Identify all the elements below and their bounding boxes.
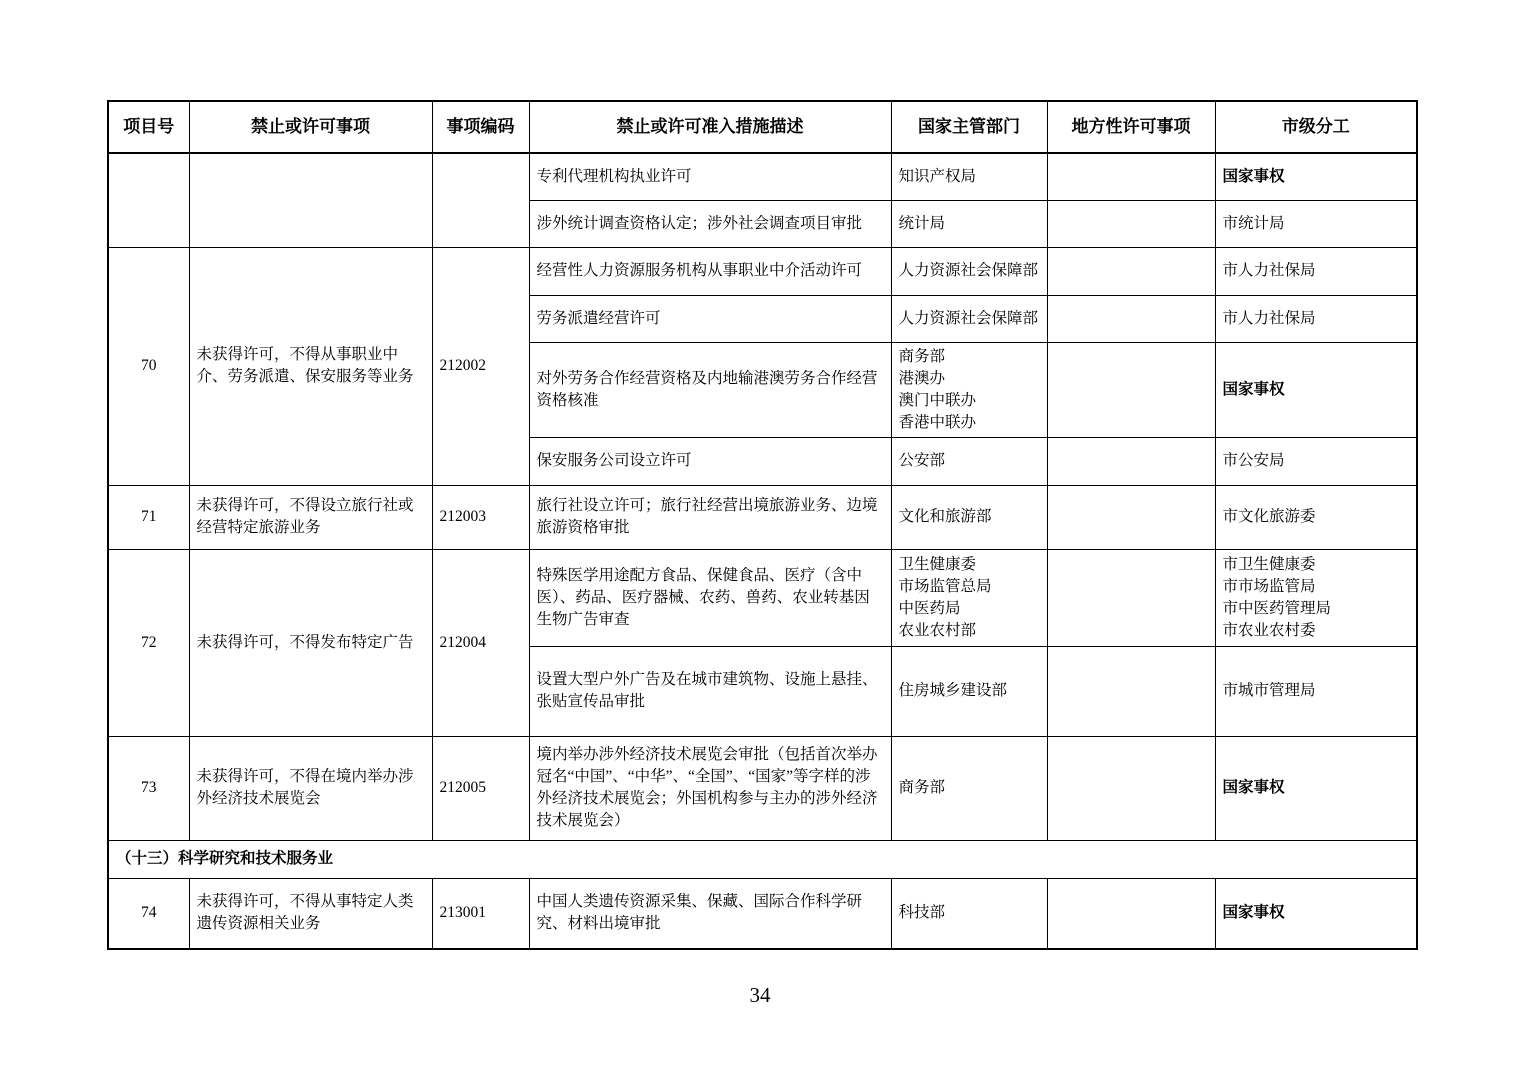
cell-item-code: 213001 [432,878,529,949]
section-title: （十三）科学研究和技术服务业 [108,840,1417,878]
cell-national-dept: 知识产权局 [891,153,1047,200]
cell-local-permit [1047,153,1215,200]
table-row: 73 未获得许可，不得在境内举办涉外经济技术展览会 212005 境内举办涉外经… [108,736,1417,840]
permit-items-table: 项目号 禁止或许可事项 事项编码 禁止或许可准入措施描述 国家主管部门 地方性许… [107,100,1418,950]
cell-national-dept: 商务部 港澳办 澳门中联办 香港中联办 [891,342,1047,437]
cell-city-division: 国家事权 [1215,736,1417,840]
cell-measure: 对外劳务合作经营资格及内地输港澳劳务合作经营资格核准 [529,342,891,437]
table-row: 70 未获得许可，不得从事职业中介、劳务派遣、保安服务等业务 212002 经营… [108,247,1417,295]
cell-national-dept: 人力资源社会保障部 [891,295,1047,342]
header-measure-desc: 禁止或许可准入措施描述 [529,101,891,153]
cell-measure: 涉外统计调查资格认定；涉外社会调查项目审批 [529,200,891,247]
table-row: 71 未获得许可，不得设立旅行社或经营特定旅游业务 212003 旅行社设立许可… [108,485,1417,549]
cell-local-permit [1047,736,1215,840]
cell-national-dept: 文化和旅游部 [891,485,1047,549]
cell-measure: 特殊医学用途配方食品、保健食品、医疗（含中医）、药品、医疗器械、农药、兽药、农业… [529,549,891,646]
header-national-dept: 国家主管部门 [891,101,1047,153]
cell-city-division: 国家事权 [1215,342,1417,437]
cell-prohibited-item: 未获得许可，不得设立旅行社或经营特定旅游业务 [189,485,432,549]
cell-city-division: 市统计局 [1215,200,1417,247]
cell-city-division: 市城市管理局 [1215,646,1417,736]
table-row: 专利代理机构执业许可 知识产权局 国家事权 [108,153,1417,200]
header-prohibited-item: 禁止或许可事项 [189,101,432,153]
cell-city-division: 市卫生健康委 市市场监管局 市中医药管理局 市农业农村委 [1215,549,1417,646]
header-city-division: 市级分工 [1215,101,1417,153]
cell-prohibited-item: 未获得许可，不得在境内举办涉外经济技术展览会 [189,736,432,840]
header-item-code: 事项编码 [432,101,529,153]
cell-measure: 保安服务公司设立许可 [529,437,891,485]
table-row: 72 未获得许可，不得发布特定广告 212004 特殊医学用途配方食品、保健食品… [108,549,1417,646]
cell-city-division: 国家事权 [1215,153,1417,200]
table-row: 74 未获得许可，不得从事特定人类遗传资源相关业务 213001 中国人类遗传资… [108,878,1417,949]
cell-national-dept: 统计局 [891,200,1047,247]
cell-national-dept: 公安部 [891,437,1047,485]
cell-national-dept: 商务部 [891,736,1047,840]
cell-item-no: 71 [108,485,189,549]
cell-item-code: 212004 [432,549,529,736]
cell-measure: 劳务派遣经营许可 [529,295,891,342]
cell-city-division: 国家事权 [1215,878,1417,949]
cell-item-code: 212002 [432,247,529,485]
cell-national-dept: 住房城乡建设部 [891,646,1047,736]
cell-item-no: 72 [108,549,189,736]
section-header-row: （十三）科学研究和技术服务业 [108,840,1417,878]
cell-prohibited-item: 未获得许可，不得从事职业中介、劳务派遣、保安服务等业务 [189,247,432,485]
cell-local-permit [1047,342,1215,437]
cell-prohibited-item: 未获得许可，不得发布特定广告 [189,549,432,736]
cell-item-no: 70 [108,247,189,485]
cell-item-no: 73 [108,736,189,840]
cell-city-division: 市人力社保局 [1215,295,1417,342]
cell-measure: 中国人类遗传资源采集、保藏、国际合作科学研究、材料出境审批 [529,878,891,949]
cell-local-permit [1047,437,1215,485]
cell-prohibited-item: 未获得许可，不得从事特定人类遗传资源相关业务 [189,878,432,949]
cell-item-code [432,153,529,247]
cell-national-dept: 人力资源社会保障部 [891,247,1047,295]
cell-item-no [108,153,189,247]
cell-measure: 境内举办涉外经济技术展览会审批（包括首次举办冠名“中国”、“中华”、“全国”、“… [529,736,891,840]
header-item-no: 项目号 [108,101,189,153]
cell-local-permit [1047,646,1215,736]
cell-prohibited-item [189,153,432,247]
cell-city-division: 市公安局 [1215,437,1417,485]
cell-local-permit [1047,549,1215,646]
cell-local-permit [1047,485,1215,549]
document-page: 项目号 禁止或许可事项 事项编码 禁止或许可准入措施描述 国家主管部门 地方性许… [0,0,1520,1074]
cell-city-division: 市文化旅游委 [1215,485,1417,549]
cell-national-dept: 卫生健康委 市场监管总局 中医药局 农业农村部 [891,549,1047,646]
cell-measure: 设置大型户外广告及在城市建筑物、设施上悬挂、张贴宣传品审批 [529,646,891,736]
cell-item-code: 212005 [432,736,529,840]
header-local-permit: 地方性许可事项 [1047,101,1215,153]
cell-local-permit [1047,878,1215,949]
cell-local-permit [1047,295,1215,342]
cell-local-permit [1047,200,1215,247]
cell-measure: 专利代理机构执业许可 [529,153,891,200]
cell-item-code: 212003 [432,485,529,549]
page-number: 34 [0,983,1520,1008]
cell-measure: 经营性人力资源服务机构从事职业中介活动许可 [529,247,891,295]
cell-local-permit [1047,247,1215,295]
cell-city-division: 市人力社保局 [1215,247,1417,295]
cell-national-dept: 科技部 [891,878,1047,949]
cell-item-no: 74 [108,878,189,949]
cell-measure: 旅行社设立许可；旅行社经营出境旅游业务、边境旅游资格审批 [529,485,891,549]
header-row: 项目号 禁止或许可事项 事项编码 禁止或许可准入措施描述 国家主管部门 地方性许… [108,101,1417,153]
